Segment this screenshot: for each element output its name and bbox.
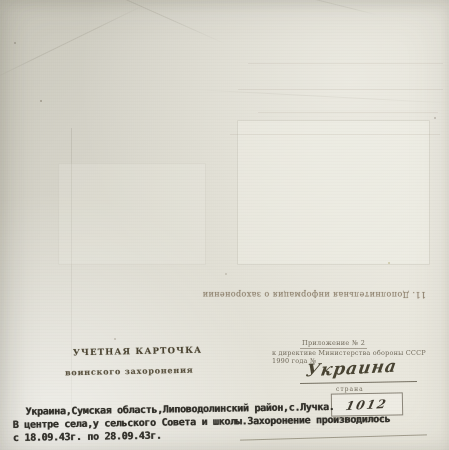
bleedthrough-line [248, 63, 443, 64]
photo-bleedthrough-left [58, 163, 206, 265]
flipped-section-caption: 11. Дополнительная информация о захороне… [210, 290, 426, 299]
photo-bleedthrough-right [237, 120, 430, 265]
paper-crease [0, 4, 146, 82]
country-field-label: страна [336, 386, 364, 393]
paper-crease [71, 128, 72, 450]
typed-location-block: Украина,Сумская область,Липоводолинский … [12, 399, 449, 445]
paper-crease [294, 0, 377, 15]
paper-crease [39, 0, 227, 45]
card-subtitle: воинского захоронения [65, 365, 194, 378]
annex-note: Приложение № 2 [300, 339, 367, 349]
bleedthrough-line [230, 134, 440, 135]
country-handwritten-value: Украина [304, 357, 398, 382]
bleedthrough-line [238, 89, 443, 90]
directive-note: к директиве Министерства обороны СССР [272, 349, 426, 357]
scanned-burial-card-page: 11. Дополнительная информация о захороне… [0, 0, 449, 450]
country-field-underline [300, 381, 417, 384]
card-title: УЧЕТНАЯ КАРТОЧКА [73, 346, 202, 359]
bleedthrough-line [258, 112, 438, 113]
paper-specks [40, 100, 42, 102]
paper-crease [190, 89, 449, 104]
